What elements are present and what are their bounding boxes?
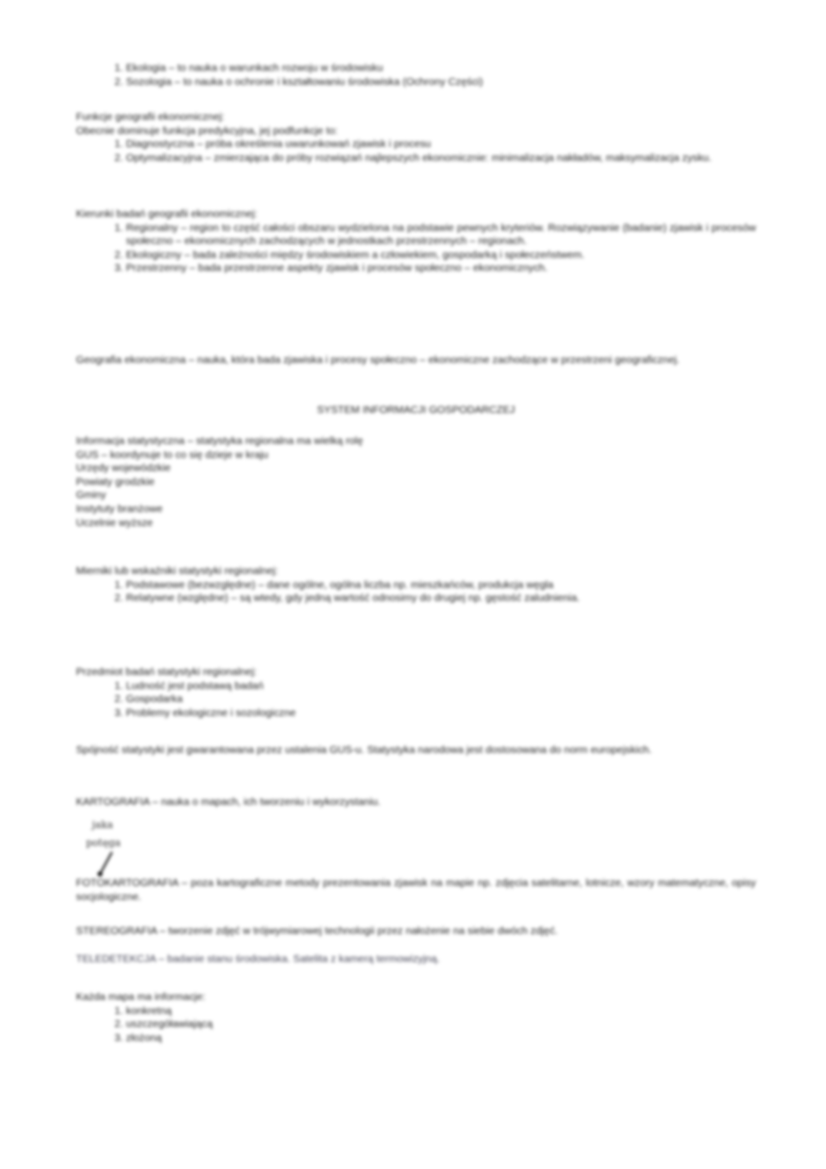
functions-section: Funkcje geografii ekonomicznej: Obecnie … bbox=[76, 111, 756, 165]
info-lines: Informacja statystyczna – statystyka reg… bbox=[76, 435, 756, 530]
list-item: Regionalny – region to część całości obs… bbox=[126, 222, 756, 249]
list-item: Ekologia – to nauka o warunkach rozwoju … bbox=[126, 62, 756, 76]
paragraph: Obecnie dominuje funkcja predykcyjna, je… bbox=[76, 125, 756, 139]
list-item: Ludność jest podstawą badań bbox=[126, 680, 756, 694]
line: Instytuty branżowe bbox=[76, 503, 756, 517]
cartography-paragraph: KARTOGRAFIA – nauka o mapach, ich tworze… bbox=[76, 796, 756, 810]
list-item: Podstawowe (bezwzględne) – dane ogólne, … bbox=[126, 579, 756, 593]
line: Powiaty grodzkie bbox=[76, 476, 756, 490]
reliability-paragraph: Spójność statystyki jest gwarantowana pr… bbox=[76, 744, 756, 758]
map-info-section: Każda mapa ma informacje: konkretną uszc… bbox=[76, 991, 756, 1045]
handwritten-arrow-icon bbox=[92, 850, 122, 880]
list-item: Sozologia – to nauka o ochronie i kształ… bbox=[126, 76, 756, 90]
section-heading: Kierunki badań geografii ekonomicznej: bbox=[76, 208, 756, 222]
line: Uczelnie wyższe bbox=[76, 517, 756, 531]
handwritten-note: jaka bbox=[92, 820, 113, 831]
line: Informacja statystyczna – statystyka reg… bbox=[76, 435, 756, 449]
list-item: Przestrzenny – bada przestrzenne aspekty… bbox=[126, 262, 756, 276]
measures-section: Mierniki lub wskaźniki statystyki region… bbox=[76, 565, 756, 606]
fotokartografia-paragraph: FOTOKARTOGRAFIA – poza kartograficzne me… bbox=[76, 877, 756, 904]
subjects-section: Przedmiot badań statystyki regionalnej: … bbox=[76, 666, 756, 720]
section-heading: Mierniki lub wskaźniki statystyki region… bbox=[76, 565, 756, 579]
list-item: konkretną bbox=[126, 1005, 756, 1019]
intro-list: Ekologia – to nauka o warunkach rozwoju … bbox=[76, 62, 756, 89]
section-heading: Każda mapa ma informacje: bbox=[76, 991, 756, 1005]
teledetekcja-paragraph: TELEDETEKCJA – badanie stanu środowiska.… bbox=[76, 953, 756, 967]
document-page: Ekologia – to nauka o warunkach rozwoju … bbox=[0, 0, 826, 1169]
handwritten-note: potęga bbox=[86, 838, 121, 849]
section-title: SYSTEM INFORMACJI GOSPODARCZEJ bbox=[76, 404, 756, 418]
section-heading: Funkcje geografii ekonomicznej: bbox=[76, 111, 756, 125]
section-heading: Przedmiot badań statystyki regionalnej: bbox=[76, 666, 756, 680]
list-item: Optymalizacyjna – zmierzająca do próby r… bbox=[126, 152, 756, 166]
stereografia-paragraph: STEREOGRAFIA – tworzenie zdjęć w trójwym… bbox=[76, 925, 756, 939]
list-item: złożoną bbox=[126, 1032, 756, 1046]
definition-paragraph: Geografia ekonomiczna – nauka, która bad… bbox=[76, 354, 756, 368]
list-item: Ekologiczny – bada zależności między śro… bbox=[126, 249, 756, 263]
list-item: Relatywne (względne) – są wtedy, gdy jed… bbox=[126, 592, 756, 606]
line: Gminy bbox=[76, 489, 756, 503]
line: GUS – koordynuje to co się dzieje w kraj… bbox=[76, 449, 756, 463]
list-item: Gospodarka bbox=[126, 693, 756, 707]
list-item: uszczegóławiającą bbox=[126, 1018, 756, 1032]
directions-section: Kierunki badań geografii ekonomicznej: R… bbox=[76, 208, 756, 276]
line: Urzędy wojewódzkie bbox=[76, 462, 756, 476]
list-item: Diagnostyczna – próba określenia uwarunk… bbox=[126, 138, 756, 152]
list-item: Problemy ekologiczne i sozologiczne bbox=[126, 707, 756, 721]
